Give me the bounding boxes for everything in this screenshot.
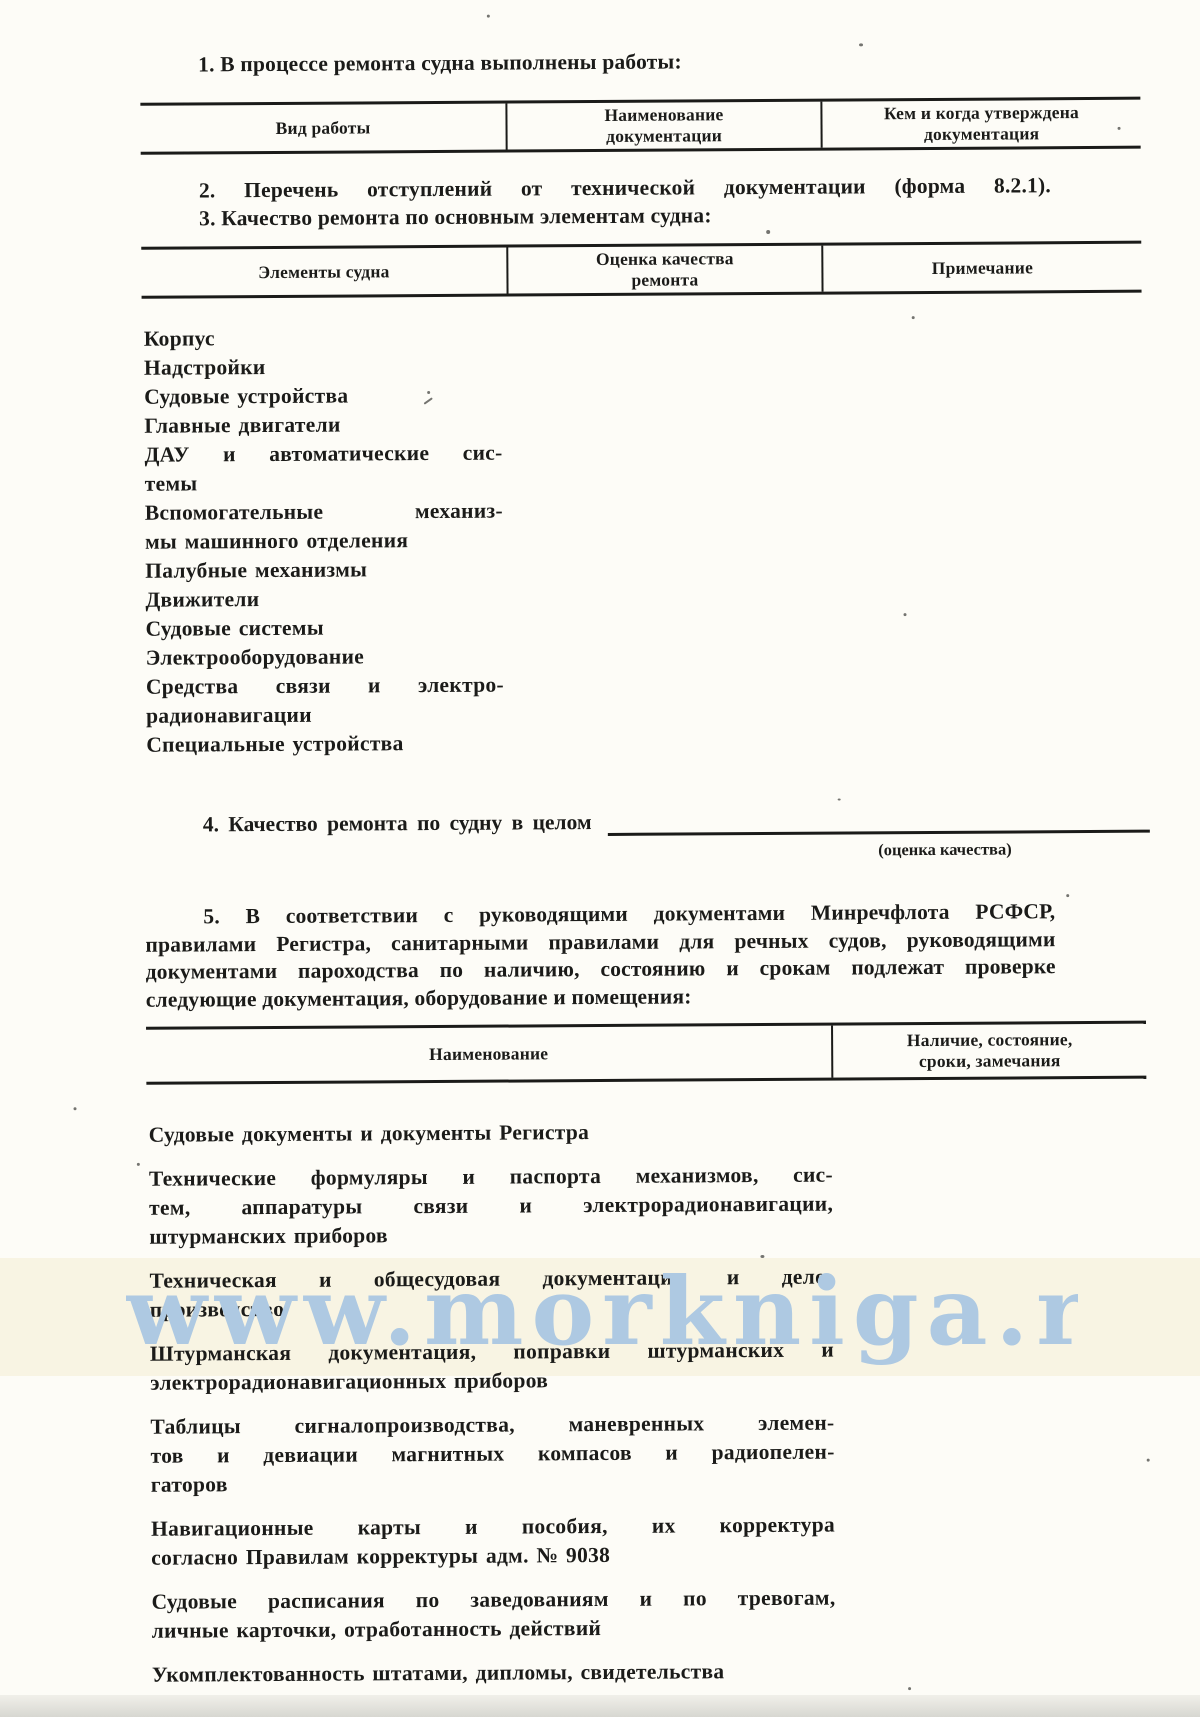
inspection-items-list: Судовые документы и документы Регистра Т… [149,1117,837,1705]
quality-rating-caption: (оценка качества) [845,839,1045,860]
inspection-item-line: личные карточки, отработанность действий [152,1613,836,1646]
item-5-paragraph: 5. В соответствии с руководящими докумен… [145,898,1056,1014]
inspection-item-line: гаторов [151,1467,835,1500]
ship-element-line: Главные двигатели [144,410,502,441]
ship-element-line: ДАУ и автоматические сис- [144,439,502,470]
item-1-heading: 1. В процессе ремонта судна выполнены ра… [140,45,1050,79]
watermark-text: www.morkniga.ru [126,1256,1078,1368]
item-3-heading: 3. Качество ремонта по основным элемента… [141,199,1051,233]
inspection-item: Судовые документы и документы Регистра [149,1117,833,1150]
work-type-col-header: Вид работы [140,104,505,152]
document-sheet: 1. В процессе ремонта судна выполнены ра… [0,0,1200,1717]
inspection-item-line: штурманских приборов [149,1219,833,1252]
scan-speck [137,1163,140,1166]
ship-element-line: Корпус [144,323,502,354]
repair-quality-table: Элементы судна Оценка качества ремонта П… [141,241,1141,299]
item-2-text: 2. Перечень отступлений от технической д… [141,171,1051,205]
ship-elements-col-header: Элементы судна [141,248,506,296]
ship-element-line: Судовые устройства [144,381,502,412]
availability-col-label: Наличие, состояние, сроки, замечания [882,1029,1097,1072]
scan-speck [766,230,770,234]
inspection-table: Наименование Наличие, состояние, сроки, … [146,1021,1146,1085]
ship-element-line: Электрооборудование [146,642,504,673]
name-col-header: Наименование [146,1026,831,1082]
inspection-item: Технические формуляры и паспорта механиз… [149,1161,834,1252]
scan-speck [1118,127,1121,130]
scan-speck [908,1687,911,1690]
approved-by-col-label: Кем и когда утверждена документация [856,102,1106,146]
inspection-item: Таблицы сигналопроизводства, маневренных… [150,1409,835,1500]
scan-speck [1066,894,1069,897]
inspection-item-line: тем, аппаратуры связи и электрорадионави… [149,1190,833,1223]
scan-speck [904,613,907,616]
documentation-name-col-header: Наименование документации [505,102,820,150]
inspection-item-line: Судовые расписания по заведованиям и по … [151,1584,835,1617]
inspection-item-line: электрорадионавигационных приборов [150,1365,834,1398]
documentation-name-col-label: Наименование документации [569,104,759,147]
inspection-item: Навигационные карты и пособия, их коррек… [151,1511,835,1573]
quality-rating-col-label: Оценка качества ремонта [570,248,760,291]
ship-element-line: Вспомогательные механиз- [145,497,503,528]
quality-rating-col-header: Оценка качества ремонта [506,246,821,294]
availability-col-header: Наличие, состояние, сроки, замечания [831,1024,1146,1078]
inspection-item-line: Таблицы сигналопроизводства, маневренных… [150,1409,834,1442]
ship-element-line: Средства связи и электро- [146,671,504,702]
ship-elements-list: Корпус Надстройки Судовые устройства Гла… [144,323,505,760]
ship-element-line: мы машинного отделения [145,526,503,557]
scanned-document-page: www.morkniga.ru 1. В процессе ремонта су… [0,0,1200,1717]
paragraph-line: следующие документация, оборудование и п… [146,981,1056,1014]
inspection-item-line: Навигационные карты и пособия, их коррек… [151,1511,835,1544]
scan-speck [1147,1459,1150,1462]
scan-speck [838,799,841,801]
inspection-item: Судовые расписания по заведованиям и по … [151,1584,835,1646]
inspection-item-line: тов и девиации магнитных компасов и ради… [151,1438,835,1471]
ship-element-line: Палубные механизмы [145,555,503,586]
scan-speck [427,391,430,394]
inspection-item-line: Технические формуляры и паспорта механиз… [149,1161,833,1194]
item-4-label: 4. Качество ремонта по судну в целом [145,808,592,839]
quality-rating-blank-line [607,806,1149,836]
inspection-item-line: Укомплектованность штатами, дипломы, сви… [152,1657,836,1690]
scan-speck [487,15,490,18]
scan-edge-shadow [0,1695,1200,1717]
work-types-table: Вид работы Наименование документации Кем… [140,97,1140,155]
ship-element-line: Движители [145,584,503,615]
name-col-label: Наименование [429,1043,548,1065]
work-type-col-label: Вид работы [276,117,371,139]
inspection-item-line: Судовые документы и документы Регистра [149,1117,833,1150]
ship-element-line: радионавигации [146,700,504,731]
ship-elements-col-label: Элементы судна [258,261,389,283]
scan-speck [74,1107,77,1110]
approved-by-col-header: Кем и когда утверждена документация [820,100,1140,148]
inspection-item-line: согласно Правилам корректуры адм. № 9038 [151,1540,835,1573]
ship-element-line: Судовые системы [146,613,504,644]
items-2-3-block: 2. Перечень отступлений от технической д… [141,171,1051,233]
ship-element-line: Специальные устройства [146,729,504,760]
inspection-item: Укомплектованность штатами, дипломы, сви… [152,1657,836,1690]
notes-col-label: Примечание [932,257,1033,279]
notes-col-header: Примечание [821,244,1141,292]
paragraph-line: документами пароходства по наличию, сост… [146,953,1056,986]
ship-element-line: темы [145,468,503,499]
scan-speck [859,43,863,46]
ship-element-line: Надстройки [144,352,502,383]
scan-speck [912,316,915,319]
item-4-row: 4. Качество ремонта по судну в целом [145,805,1150,839]
